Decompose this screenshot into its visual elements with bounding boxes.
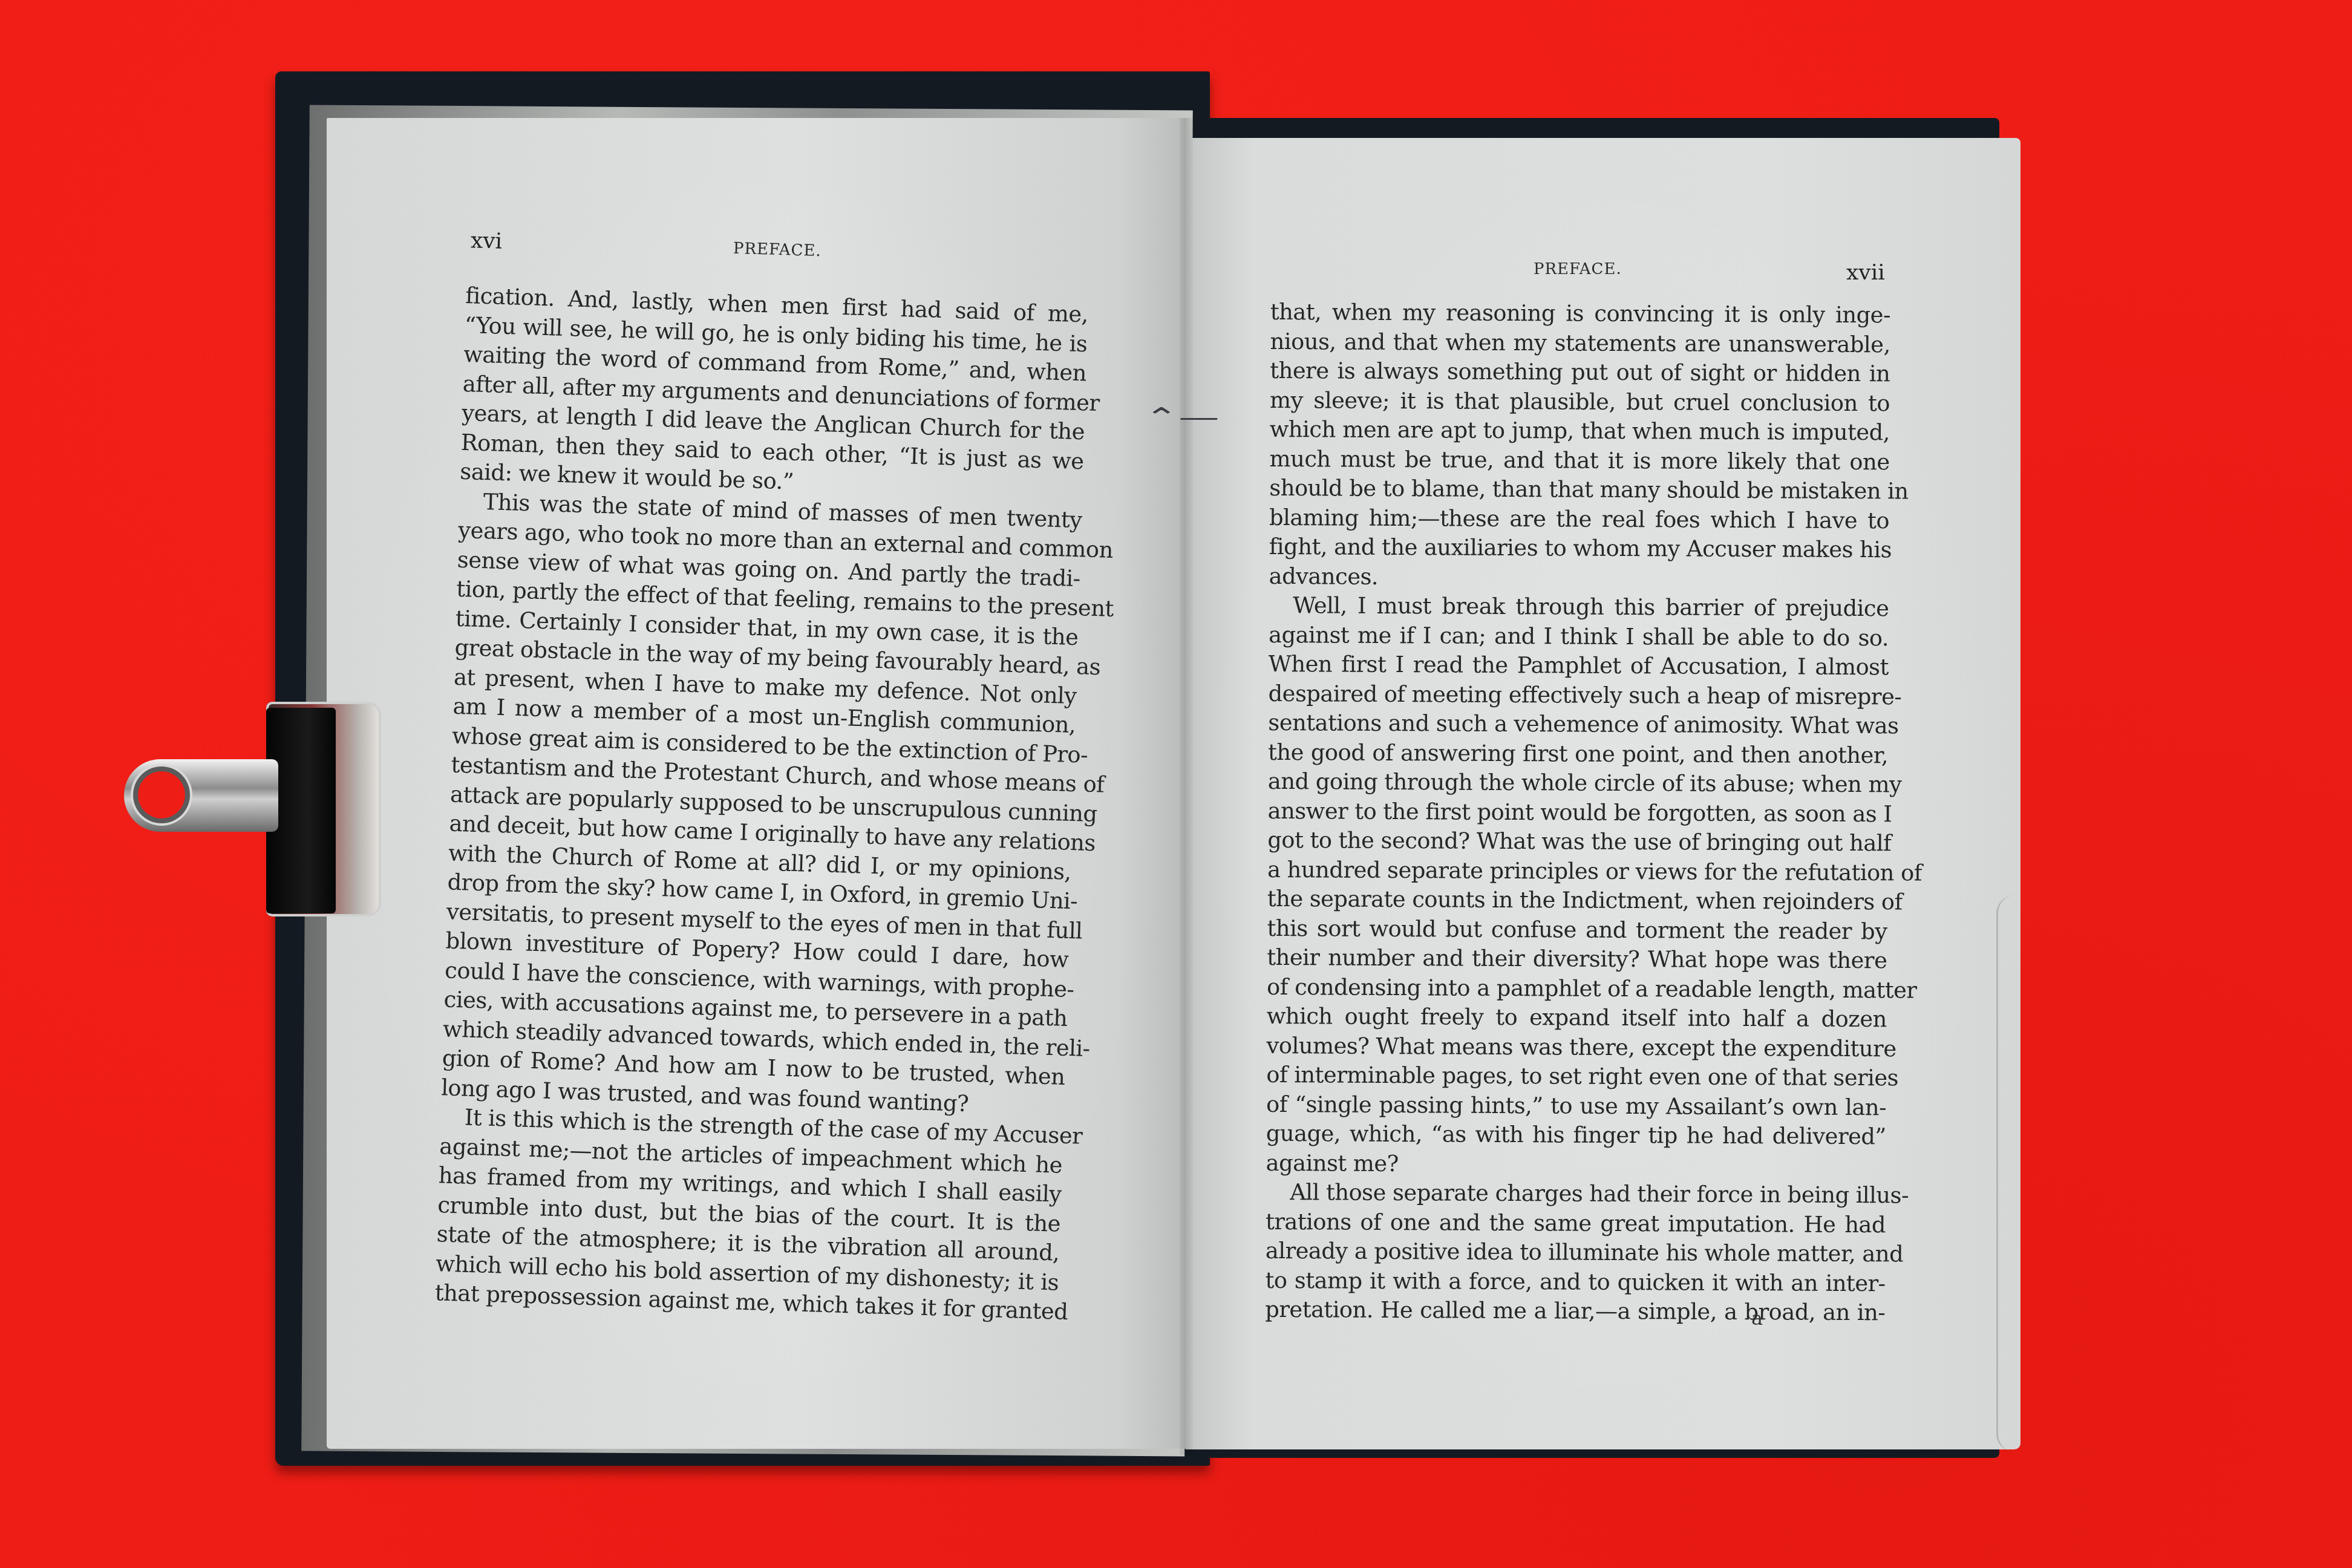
page-edge-curl — [1996, 895, 2022, 1452]
text-line: which ought freely to expand itself into… — [1267, 1002, 1887, 1034]
text-line: blaming him;—these are the real foes whi… — [1269, 503, 1889, 535]
text-line: the good of answering first one point, a… — [1268, 737, 1888, 770]
text-line: answer to the first point would be forgo… — [1267, 796, 1887, 829]
text-line: should be to blame, than that many shoul… — [1269, 474, 1889, 506]
text-line: sentations and such a vehemence of animo… — [1268, 708, 1888, 741]
book-gutter — [1180, 118, 1193, 1455]
text-line: against me? — [1266, 1148, 1886, 1181]
text-line: nious, and that when my statements are u… — [1270, 327, 1890, 359]
binder-clip-ring-icon — [138, 771, 185, 818]
text-line: and going through the whole circle of it… — [1268, 767, 1888, 800]
text-line: pretation. He called me a liar,—a simple… — [1265, 1295, 1885, 1328]
text-line: much must be true, and that it is more l… — [1269, 444, 1889, 477]
right-page-text: that, when my reasoning is convincing it… — [1265, 298, 1890, 1328]
text-line: trations of one and the same great imput… — [1266, 1207, 1886, 1240]
text-line: this sort would but confuse and torment … — [1267, 913, 1887, 946]
text-line: of condensing into a pamphlet of a reada… — [1267, 972, 1887, 1005]
text-line: When first I read the Pamphlet of Accusa… — [1269, 650, 1889, 682]
text-line: despaired of meeting effectively such a … — [1268, 679, 1888, 711]
text-line: advances. — [1269, 561, 1889, 594]
text-line: fight, and the auxiliaries to whom my Ac… — [1269, 532, 1889, 565]
signature-mark: a — [1751, 1307, 1763, 1330]
text-line: of interminable pages, to set right even… — [1266, 1060, 1886, 1093]
pencil-mark: ⌃— — [1145, 402, 1220, 432]
text-line: there is always something put out of sig… — [1270, 356, 1890, 389]
text-line: against me if I can; and I think I shall… — [1269, 620, 1889, 653]
left-page-text: fication. And, lastly, when men first ha… — [434, 281, 1088, 1327]
text-line: guage, which, “as with his finger tip he… — [1266, 1119, 1886, 1152]
right-folio: xvii — [1846, 260, 1885, 285]
left-running-head: PREFACE. — [733, 240, 822, 260]
text-line: which men are apt to jump, that when muc… — [1270, 415, 1890, 448]
text-line: the separate counts in the Indictment, w… — [1267, 884, 1887, 917]
text-line: volumes? What means was there, except th… — [1266, 1031, 1886, 1063]
text-line: already a positive idea to illuminate hi… — [1266, 1236, 1886, 1269]
right-running-head: PREFACE. — [1534, 260, 1622, 278]
text-line: got to the second? What was the use of b… — [1267, 826, 1887, 858]
text-line: to stamp it with a force, and to quicken… — [1265, 1266, 1885, 1298]
text-line: their number and their diversity? What h… — [1267, 943, 1887, 976]
text-line: that, when my reasoning is convincing it… — [1270, 298, 1890, 330]
paragraph-start: Well, I must break through this barrier … — [1269, 591, 1889, 624]
paragraph-start: All those separate charges had their for… — [1266, 1178, 1886, 1210]
text-line: my sleeve; it is that plausible, but cru… — [1270, 385, 1890, 418]
text-line: a hundred separate principles or views f… — [1267, 855, 1887, 887]
left-folio: xvi — [470, 228, 502, 254]
text-line: of “single passing hints,” to use my Ass… — [1266, 1089, 1886, 1122]
